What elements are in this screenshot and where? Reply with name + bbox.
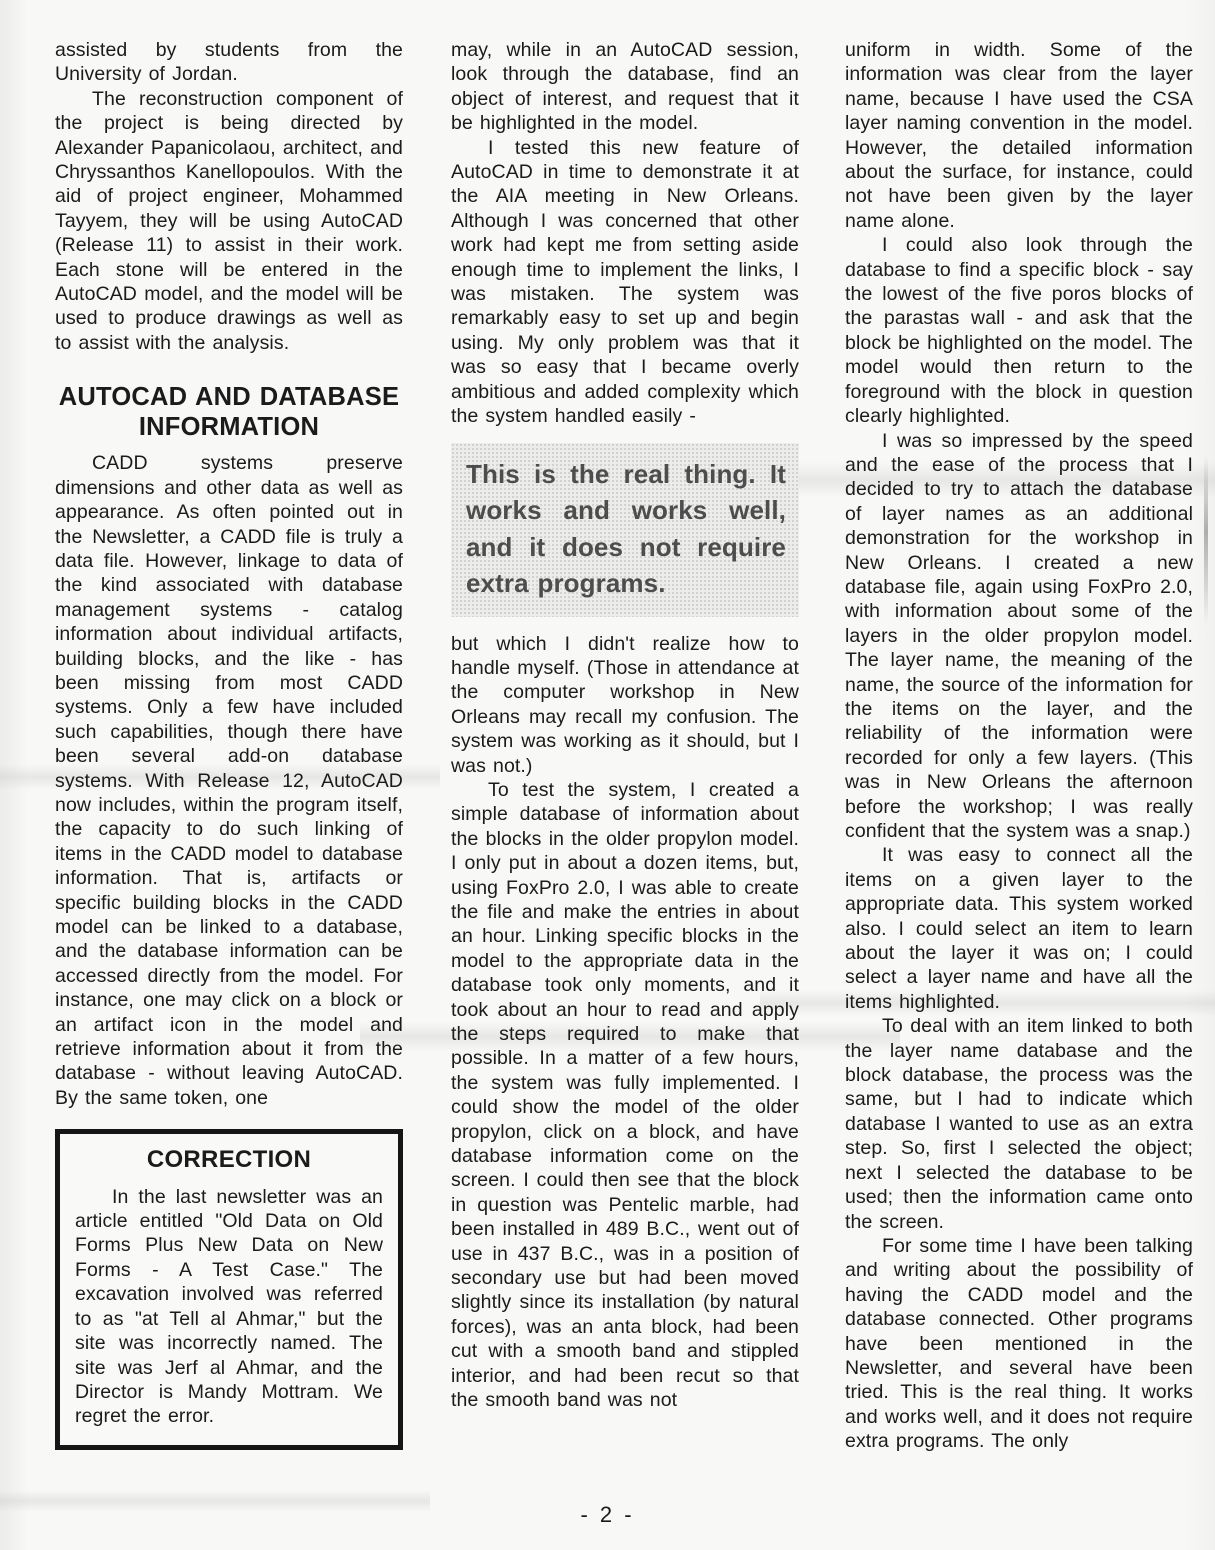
paragraph: may, while in an AutoCAD session, look t… xyxy=(451,38,799,136)
scan-crease xyxy=(1204,455,1208,625)
paragraph: I was so impressed by the speed and the … xyxy=(845,429,1193,844)
paragraph: uniform in width. Some of the informatio… xyxy=(845,38,1193,233)
correction-box: CORRECTION In the last newsletter was an… xyxy=(55,1129,403,1449)
correction-title: CORRECTION xyxy=(75,1148,383,1172)
correction-body: In the last newsletter was an article en… xyxy=(75,1185,383,1429)
paragraph: assisted by students from the University… xyxy=(55,38,403,87)
paragraph: but which I didn't realize how to handle… xyxy=(451,632,799,778)
section-heading: AUTOCAD AND DATABASE INFORMATION xyxy=(55,382,403,442)
paragraph: CADD systems preserve dimensions and oth… xyxy=(55,451,403,1110)
page-number: - 2 - xyxy=(0,1502,1215,1528)
paragraph: The reconstruction component of the proj… xyxy=(55,87,403,355)
paragraph: To test the system, I created a simple d… xyxy=(451,778,799,1413)
paragraph: For some time I have been talking and wr… xyxy=(845,1234,1193,1454)
paragraph: It was easy to connect all the items on … xyxy=(845,843,1193,1014)
paragraph: I could also look through the database t… xyxy=(845,233,1193,428)
scanned-newsletter-page: assisted by students from the University… xyxy=(0,0,1215,1550)
column-right: uniform in width. Some of the informatio… xyxy=(845,38,1193,1454)
pull-quote: This is the real thing. It works and wor… xyxy=(451,443,799,617)
column-center: may, while in an AutoCAD session, look t… xyxy=(451,38,799,1413)
paragraph: I tested this new feature of AutoCAD in … xyxy=(451,136,799,429)
column-left: assisted by students from the University… xyxy=(55,38,403,1450)
paragraph: To deal with an item linked to both the … xyxy=(845,1014,1193,1234)
